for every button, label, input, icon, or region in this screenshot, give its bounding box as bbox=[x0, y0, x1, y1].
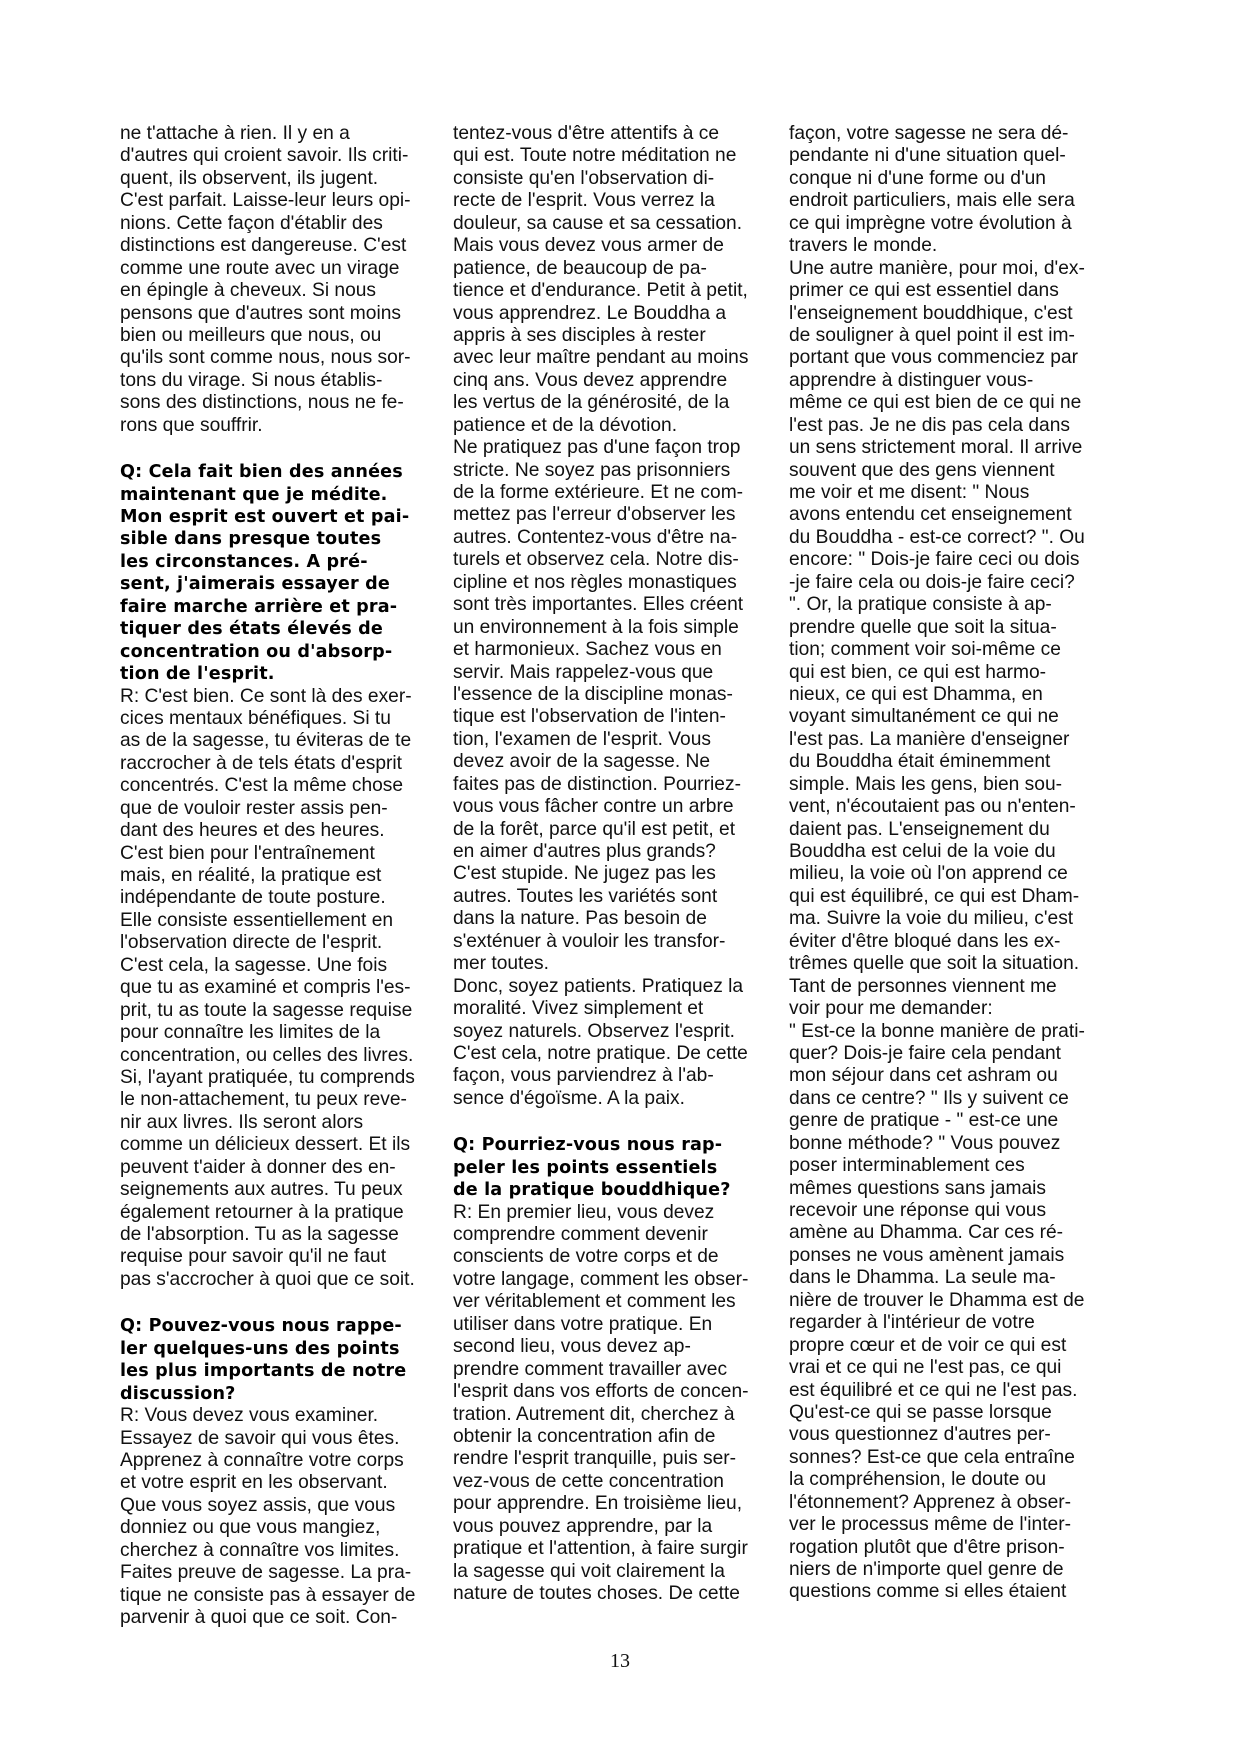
text-line: tique ne consiste pas à essayer de bbox=[120, 1585, 450, 1607]
text-line: appris à ses disciples à rester bbox=[453, 325, 783, 347]
text-line: de la forêt, parce qu'il est petit, et bbox=[453, 819, 783, 841]
text-line: C'est stupide. Ne jugez pas les bbox=[453, 863, 783, 885]
text-line: indépendante de toute posture. bbox=[120, 887, 450, 909]
text-line: qui est équilibré, ce qui est Dham- bbox=[789, 886, 1119, 908]
text-line: cices mentaux bénéfiques. Si tu bbox=[120, 708, 450, 730]
text-line: daient pas. L'enseignement du bbox=[789, 819, 1119, 841]
text-line: servir. Mais rappelez-vous que bbox=[453, 662, 783, 684]
text-line: que de vouloir rester assis pen- bbox=[120, 798, 450, 820]
text-line: vez-vous de cette concentration bbox=[453, 1471, 783, 1493]
text-line: rons que souffrir. bbox=[120, 415, 450, 437]
text-line: second lieu, vous devez ap- bbox=[453, 1336, 783, 1358]
text-line: en aimer d'autres plus grands? bbox=[453, 841, 783, 863]
text-line: l'enseignement bouddhique, c'est bbox=[789, 303, 1119, 325]
text-line: tique est l'observation de l'inten- bbox=[453, 706, 783, 728]
text-line: du Bouddha - est-ce correct? ". Ou bbox=[789, 527, 1119, 549]
text-line: parvenir à quoi que ce soit. Con- bbox=[120, 1607, 450, 1629]
text-line: Qu'est-ce qui se passe lorsque bbox=[789, 1402, 1119, 1424]
page-number: 13 bbox=[0, 1650, 1240, 1673]
text-line: de l'absorption. Tu as la sagesse bbox=[120, 1224, 450, 1246]
question-heading: Q: Pourriez-vous nous rap-peler les poin… bbox=[453, 1134, 783, 1201]
text-line: Essayez de savoir qui vous êtes. bbox=[120, 1428, 450, 1450]
text-line: R: Vous devez vous examiner. bbox=[120, 1405, 450, 1427]
text-line: quer? Dois-je faire cela pendant bbox=[789, 1043, 1119, 1065]
text-line: obtenir la concentration afin de bbox=[453, 1426, 783, 1448]
text-line: moralité. Vivez simplement et bbox=[453, 998, 783, 1020]
text-line: prit, tu as toute la sagesse requise bbox=[120, 1000, 450, 1022]
text-line: travers le monde. bbox=[789, 235, 1119, 257]
text-line: recte de l'esprit. Vous verrez la bbox=[453, 190, 783, 212]
text-line: Q: Cela fait bien des années bbox=[120, 461, 450, 483]
text-line: pour apprendre. En troisième lieu, bbox=[453, 1493, 783, 1515]
answer-paragraph: R: C'est bien. Ce sont là des exer-cices… bbox=[120, 686, 450, 1292]
text-line: devez avoir de la sagesse. Ne bbox=[453, 751, 783, 773]
text-line: tons du virage. Si nous établis- bbox=[120, 370, 450, 392]
text-line: " Est-ce la bonne manière de prati- bbox=[789, 1021, 1119, 1043]
text-line: vrai et ce qui ne l'est pas, ce qui bbox=[789, 1357, 1119, 1379]
text-line: s'exténuer à vouloir les transfor- bbox=[453, 931, 783, 953]
text-line: simple. Mais les gens, bien sou- bbox=[789, 774, 1119, 796]
text-line: et votre esprit en les observant. bbox=[120, 1472, 450, 1494]
text-line: souvent que des gens viennent bbox=[789, 460, 1119, 482]
text-line: vous pouvez apprendre, par la bbox=[453, 1516, 783, 1538]
text-line: l'est pas. La manière d'enseigner bbox=[789, 729, 1119, 751]
text-line: et harmonieux. Sachez vous en bbox=[453, 639, 783, 661]
text-line: seignements aux autres. Tu peux bbox=[120, 1179, 450, 1201]
text-line: cherchez à connaître vos limites. bbox=[120, 1540, 450, 1562]
text-line: C'est bien pour l'entraînement bbox=[120, 843, 450, 865]
text-line: avec leur maître pendant au moins bbox=[453, 347, 783, 369]
text-line: en épingle à cheveux. Si nous bbox=[120, 280, 450, 302]
text-line: ponses ne vous amènent jamais bbox=[789, 1245, 1119, 1267]
text-line: sons des distinctions, nous ne fe- bbox=[120, 392, 450, 414]
text-line: autres. Toutes les variétés sont bbox=[453, 886, 783, 908]
text-line: bien ou meilleurs que nous, ou bbox=[120, 325, 450, 347]
text-line: tiquer des états élevés de bbox=[120, 618, 450, 640]
text-line: regarder à l'intérieur de votre bbox=[789, 1312, 1119, 1334]
text-line: faites pas de distinction. Pourriez- bbox=[453, 774, 783, 796]
question-heading: Q: Cela fait bien des annéesmaintenant q… bbox=[120, 461, 450, 685]
text-line: avons entendu cet enseignement bbox=[789, 504, 1119, 526]
text-line: Q: Pouvez-vous nous rappe- bbox=[120, 1315, 450, 1337]
text-line: C'est parfait. Laisse-leur leurs opi- bbox=[120, 190, 450, 212]
text-line: que tu as examiné et compris l'es- bbox=[120, 977, 450, 999]
text-line: concentrés. C'est la même chose bbox=[120, 775, 450, 797]
text-line: tience et d'endurance. Petit à petit, bbox=[453, 280, 783, 302]
text-line: de la pratique bouddhique? bbox=[453, 1179, 783, 1201]
text-line: utiliser dans votre pratique. En bbox=[453, 1314, 783, 1336]
text-line: pendante ni d'une situation quel- bbox=[789, 145, 1119, 167]
text-line: nions. Cette façon d'établir des bbox=[120, 213, 450, 235]
text-line: genre de pratique - " est-ce une bbox=[789, 1110, 1119, 1132]
text-line: voir pour me demander: bbox=[789, 998, 1119, 1020]
text-line: le non-attachement, tu peux reve- bbox=[120, 1089, 450, 1111]
text-line: tion de l'esprit. bbox=[120, 663, 450, 685]
text-line: consiste qu'en l'observation di- bbox=[453, 168, 783, 190]
text-line: sent, j'aimerais essayer de bbox=[120, 573, 450, 595]
text-line: les circonstances. A pré- bbox=[120, 551, 450, 573]
text-line: mêmes questions sans jamais bbox=[789, 1178, 1119, 1200]
paragraph-gap bbox=[120, 1291, 450, 1315]
text-line: poser interminablement ces bbox=[789, 1155, 1119, 1177]
text-line: patience et de la dévotion. bbox=[453, 415, 783, 437]
text-line: l'observation directe de l'esprit. bbox=[120, 932, 450, 954]
text-line: l'étonnement? Apprenez à obser- bbox=[789, 1492, 1119, 1514]
text-line: de souligner à quel point il est im- bbox=[789, 325, 1119, 347]
text-line: Q: Pourriez-vous nous rap- bbox=[453, 1134, 783, 1156]
text-line: un sens strictement moral. Il arrive bbox=[789, 437, 1119, 459]
text-line: éviter d'être bloqué dans les ex- bbox=[789, 931, 1119, 953]
text-line: sible dans presque toutes bbox=[120, 528, 450, 550]
text-line: vous apprendrez. Le Bouddha a bbox=[453, 303, 783, 325]
text-line: pas s'accrocher à quoi que ce soit. bbox=[120, 1269, 450, 1291]
text-line: Bouddha est celui de la voie du bbox=[789, 841, 1119, 863]
text-line: dans le Dhamma. La seule ma- bbox=[789, 1267, 1119, 1289]
text-line: votre langage, comment les obser- bbox=[453, 1269, 783, 1291]
text-line: prendre comment travailler avec bbox=[453, 1359, 783, 1381]
text-line: les plus importants de notre bbox=[120, 1360, 450, 1382]
text-line: l'essence de la discipline monas- bbox=[453, 684, 783, 706]
text-line: peuvent t'aider à donner des en- bbox=[120, 1157, 450, 1179]
paragraph-gap bbox=[120, 437, 450, 461]
text-line: me voir et me disent: " Nous bbox=[789, 482, 1119, 504]
text-line: ma. Suivre la voie du milieu, c'est bbox=[789, 908, 1119, 930]
text-line: Apprenez à connaître votre corps bbox=[120, 1450, 450, 1472]
text-line: douleur, sa cause et sa cessation. bbox=[453, 213, 783, 235]
text-line: Une autre manière, pour moi, d'ex- bbox=[789, 258, 1119, 280]
text-line: prendre quelle que soit la situa- bbox=[789, 617, 1119, 639]
text-line: primer ce qui est essentiel dans bbox=[789, 280, 1119, 302]
answer-paragraph: façon, votre sagesse ne sera dé-pendante… bbox=[789, 123, 1119, 1604]
text-line: peler les points essentiels bbox=[453, 1157, 783, 1179]
text-line: qu'ils sont comme nous, nous sor- bbox=[120, 347, 450, 369]
text-line: ver le processus même de l'inter- bbox=[789, 1514, 1119, 1536]
text-line: Mais vous devez vous armer de bbox=[453, 235, 783, 257]
answer-paragraph: ne t'attache à rien. Il y en ad'autres q… bbox=[120, 123, 450, 437]
text-line: dans la nature. Pas besoin de bbox=[453, 908, 783, 930]
text-line: nir aux livres. Ils seront alors bbox=[120, 1112, 450, 1134]
text-line: tentez-vous d'être attentifs à ce bbox=[453, 123, 783, 145]
text-line: pour connaître les limites de la bbox=[120, 1022, 450, 1044]
text-line: est équilibré et ce qui ne l'est pas. bbox=[789, 1380, 1119, 1402]
text-line: C'est cela, la sagesse. Une fois bbox=[120, 955, 450, 977]
question-heading: Q: Pouvez-vous nous rappe-ler quelques-u… bbox=[120, 1315, 450, 1405]
text-line: conque ni d'une forme ou d'un bbox=[789, 168, 1119, 190]
text-line: nieux, ce qui est Dhamma, en bbox=[789, 684, 1119, 706]
text-line: d'autres qui croient savoir. Ils criti- bbox=[120, 145, 450, 167]
text-line: sence d'égoïsme. A la paix. bbox=[453, 1088, 783, 1110]
text-line: façon, vous parviendrez à l'ab- bbox=[453, 1065, 783, 1087]
text-line: tion; comment voir soi-même ce bbox=[789, 639, 1119, 661]
text-line: propre cœur et de voir ce qui est bbox=[789, 1335, 1119, 1357]
text-line: concentration, ou celles des livres. bbox=[120, 1045, 450, 1067]
document-page: ne t'attache à rien. Il y en ad'autres q… bbox=[0, 0, 1240, 1754]
text-line: apprendre à distinguer vous- bbox=[789, 370, 1119, 392]
answer-paragraph: R: Vous devez vous examiner.Essayez de s… bbox=[120, 1405, 450, 1629]
text-line: niers de n'importe quel genre de bbox=[789, 1559, 1119, 1581]
text-line: quent, ils observent, ils jugent. bbox=[120, 168, 450, 190]
text-line: Donc, soyez patients. Pratiquez la bbox=[453, 976, 783, 998]
text-line: stricte. Ne soyez pas prisonniers bbox=[453, 460, 783, 482]
text-line: discussion? bbox=[120, 1383, 450, 1405]
text-line: R: En premier lieu, vous devez bbox=[453, 1202, 783, 1224]
text-line: patience, de beaucoup de pa- bbox=[453, 258, 783, 280]
text-line: ler quelques-uns des points bbox=[120, 1338, 450, 1360]
text-line: milieu, la voie où l'on apprend ce bbox=[789, 863, 1119, 885]
text-line: vous questionnez d'autres per- bbox=[789, 1424, 1119, 1446]
text-line: mais, en réalité, la pratique est bbox=[120, 865, 450, 887]
text-line: dans ce centre? " Ils y suivent ce bbox=[789, 1088, 1119, 1110]
text-line: nature de toutes choses. De cette bbox=[453, 1583, 783, 1605]
text-line: les vertus de la générosité, de la bbox=[453, 392, 783, 414]
text-line: nière de trouver le Dhamma est de bbox=[789, 1290, 1119, 1312]
text-line: tration. Autrement dit, cherchez à bbox=[453, 1404, 783, 1426]
text-line: rogation plutôt que d'être prison- bbox=[789, 1537, 1119, 1559]
text-line: trêmes quelle que soit la situation. bbox=[789, 953, 1119, 975]
text-line: du Bouddha était éminemment bbox=[789, 751, 1119, 773]
text-line: sonnes? Est-ce que cela entraîne bbox=[789, 1447, 1119, 1469]
answer-paragraph: R: En premier lieu, vous devezcomprendre… bbox=[453, 1202, 783, 1606]
text-line: qui est bien, ce qui est harmo- bbox=[789, 662, 1119, 684]
text-line: distinctions est dangereuse. C'est bbox=[120, 235, 450, 257]
text-line: comprendre comment devenir bbox=[453, 1224, 783, 1246]
text-line: de la forme extérieure. Et ne com- bbox=[453, 482, 783, 504]
text-line: soyez naturels. Observez l'esprit. bbox=[453, 1021, 783, 1043]
text-line: Ne pratiquez pas d'une façon trop bbox=[453, 437, 783, 459]
text-line: maintenant que je médite. bbox=[120, 484, 450, 506]
text-line: questions comme si elles étaient bbox=[789, 1581, 1119, 1603]
text-line: façon, votre sagesse ne sera dé- bbox=[789, 123, 1119, 145]
text-line: Tant de personnes viennent me bbox=[789, 976, 1119, 998]
text-line: rendre l'esprit tranquille, puis ser- bbox=[453, 1448, 783, 1470]
text-line: vous vous fâcher contre un arbre bbox=[453, 796, 783, 818]
text-line: vent, n'écoutaient pas ou n'enten- bbox=[789, 796, 1119, 818]
answer-paragraph: tentez-vous d'être attentifs à cequi est… bbox=[453, 123, 783, 1110]
text-line: recevoir une réponse qui vous bbox=[789, 1200, 1119, 1222]
text-line: autres. Contentez-vous d'être na- bbox=[453, 527, 783, 549]
text-line: également retourner à la pratique bbox=[120, 1202, 450, 1224]
text-line: ". Or, la pratique consiste à ap- bbox=[789, 594, 1119, 616]
text-line: Faites preuve de sagesse. La pra- bbox=[120, 1562, 450, 1584]
text-line: ver véritablement et comment les bbox=[453, 1291, 783, 1313]
text-line: concentration ou d'absorp- bbox=[120, 641, 450, 663]
text-line: tion, l'examen de l'esprit. Vous bbox=[453, 729, 783, 751]
text-line: raccrocher à de tels états d'esprit bbox=[120, 753, 450, 775]
text-line: amène au Dhamma. Car ces ré- bbox=[789, 1222, 1119, 1244]
text-line: voyant simultanément ce qui ne bbox=[789, 706, 1119, 728]
text-line: mon séjour dans cet ashram ou bbox=[789, 1065, 1119, 1087]
text-line: cipline et nos règles monastiques bbox=[453, 572, 783, 594]
text-line: ce qui imprègne votre évolution à bbox=[789, 213, 1119, 235]
text-line: Elle consiste essentiellement en bbox=[120, 910, 450, 932]
text-line: encore: " Dois-je faire ceci ou dois bbox=[789, 549, 1119, 571]
text-line: mettez pas l'erreur d'observer les bbox=[453, 504, 783, 526]
text-line: bonne méthode? " Vous pouvez bbox=[789, 1133, 1119, 1155]
text-line: faire marche arrière et pra- bbox=[120, 596, 450, 618]
text-line: un environnement à la fois simple bbox=[453, 617, 783, 639]
text-line: R: C'est bien. Ce sont là des exer- bbox=[120, 686, 450, 708]
text-line: la compréhension, le doute ou bbox=[789, 1469, 1119, 1491]
text-line: sont très importantes. Elles créent bbox=[453, 594, 783, 616]
text-line: Si, l'ayant pratiquée, tu comprends bbox=[120, 1067, 450, 1089]
text-line: dant des heures et des heures. bbox=[120, 820, 450, 842]
text-line: Mon esprit est ouvert et pai- bbox=[120, 506, 450, 528]
text-line: même ce qui est bien de ce qui ne bbox=[789, 392, 1119, 414]
text-column-1: ne t'attache à rien. Il y en ad'autres q… bbox=[120, 123, 450, 1629]
text-line: endroit particuliers, mais elle sera bbox=[789, 190, 1119, 212]
text-line: ne t'attache à rien. Il y en a bbox=[120, 123, 450, 145]
text-line: -je faire cela ou dois-je faire ceci? bbox=[789, 572, 1119, 594]
text-line: as de la sagesse, tu éviteras de te bbox=[120, 730, 450, 752]
text-line: comme une route avec un virage bbox=[120, 258, 450, 280]
text-line: mer toutes. bbox=[453, 953, 783, 975]
text-line: l'est pas. Je ne dis pas cela dans bbox=[789, 415, 1119, 437]
text-line: qui est. Toute notre méditation ne bbox=[453, 145, 783, 167]
text-column-2: tentez-vous d'être attentifs à cequi est… bbox=[453, 123, 783, 1605]
text-line: cinq ans. Vous devez apprendre bbox=[453, 370, 783, 392]
text-line: Que vous soyez assis, que vous bbox=[120, 1495, 450, 1517]
text-line: l'esprit dans vos efforts de concen- bbox=[453, 1381, 783, 1403]
text-line: C'est cela, notre pratique. De cette bbox=[453, 1043, 783, 1065]
paragraph-gap bbox=[453, 1110, 783, 1134]
text-line: requise pour savoir qu'il ne faut bbox=[120, 1246, 450, 1268]
text-line: portant que vous commenciez par bbox=[789, 347, 1119, 369]
text-line: pensons que d'autres sont moins bbox=[120, 303, 450, 325]
text-line: turels et observez cela. Notre dis- bbox=[453, 549, 783, 571]
text-line: comme un délicieux dessert. Et ils bbox=[120, 1134, 450, 1156]
text-line: pratique et l'attention, à faire surgir bbox=[453, 1538, 783, 1560]
text-line: conscients de votre corps et de bbox=[453, 1246, 783, 1268]
text-line: la sagesse qui voit clairement la bbox=[453, 1561, 783, 1583]
text-line: donniez ou que vous mangiez, bbox=[120, 1517, 450, 1539]
text-column-3: façon, votre sagesse ne sera dé-pendante… bbox=[789, 123, 1119, 1604]
